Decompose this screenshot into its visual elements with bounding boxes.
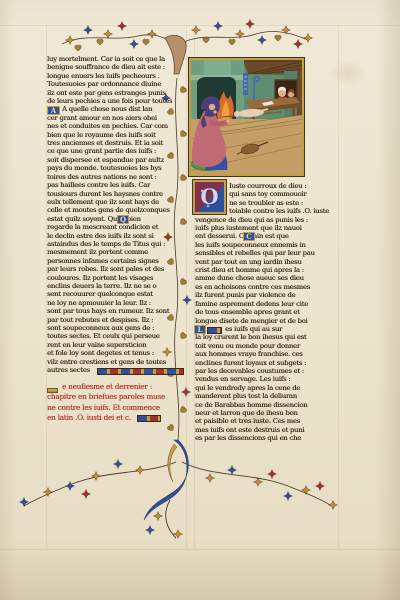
text-line: sent recouurer quelconque estat: [47, 290, 186, 298]
text-line: crist dieu et homme qui apres la :: [195, 266, 338, 274]
bottom-vine-flowers: [20, 460, 338, 539]
fireplace: [190, 58, 244, 128]
text-line: nes et conduites en pechies. Car com: [47, 122, 186, 130]
bottom-flourish-blue-leaf: [144, 440, 188, 520]
line-filler: [97, 368, 184, 375]
illuminated-initial-O: O: [193, 180, 226, 214]
text-line: luy mortelment. Car ia soit ce que la: [47, 55, 186, 63]
text-line: sont soupeconneux aux gens de :: [47, 324, 186, 332]
small-initial-Q: Q: [117, 215, 129, 224]
text-line: enclines furent loyaux et subgets :: [195, 359, 338, 367]
text-line: ent desserui. Certain est que: [195, 232, 338, 240]
ruling-line-top: [0, 25, 400, 26]
line-filler: [207, 327, 222, 334]
text-line: astaindus des le temps de Titus qui :: [47, 240, 186, 248]
text-line: ce que une grant partie des iuifs :: [47, 147, 186, 155]
text-line: bien que le royaume des iuifs soit: [47, 131, 186, 139]
text-line: ne loy ne apmouuier la leur. Ilz :: [47, 299, 186, 307]
manuscript-page: luy mortelment. Car ia soit ce que laben…: [0, 0, 400, 600]
text-line: toutes sectes. Et ceulx qui perseue: [47, 332, 186, 340]
ruling-line-bottom: [0, 549, 400, 550]
text-line: personnes infames certains signes: [47, 257, 186, 265]
parchment-stain: [330, 60, 366, 86]
text-line: ilz furent punis par violence de: [195, 291, 338, 299]
text-line: toit venu ou monde pour donner: [195, 342, 338, 350]
small-initial-C: C: [243, 232, 255, 241]
text-line: et paisible et tres iuste. Ces mes: [195, 417, 338, 425]
hand-at-face: [213, 110, 216, 113]
text-line: benigne souffrance de dieu ait este :: [47, 63, 186, 71]
text-line: es en achoisons contre ces mesmes: [195, 283, 338, 291]
text-line: couloures. Ilz portent les visages: [47, 274, 186, 282]
rubric-chapter-heading: e neufiesme et derrenier :chapitre en br…: [47, 382, 186, 424]
text-line: mes iuifs ont este destruis et puni: [195, 426, 338, 434]
text-line: Toutesuoies par ordonnance diuine: [47, 80, 186, 88]
text-line: amme dune chose aueuc ses dieu: [195, 274, 338, 282]
text-line: pays du monde. toutesuoies les hys: [47, 164, 186, 172]
text-line: pas haillees contre les iuifs. Car: [47, 181, 186, 189]
face: [209, 104, 215, 110]
line-filler: [137, 415, 161, 422]
text-line: ce de Barabbas homme dissencion: [195, 401, 338, 409]
text-line: A quelle chose nous dist lan: [47, 105, 186, 113]
text-line: toires des autres nations ne sont :: [47, 173, 186, 181]
text-line: aux hommes vraye franchise. ces: [195, 350, 338, 358]
text-line: par les decevables coustumes et :: [195, 367, 338, 375]
text-line: qui le vendredy apres la cene de: [195, 384, 338, 392]
text-line: es par les dissencions qui en che: [195, 434, 338, 442]
rubric-initial-mark: [47, 388, 58, 393]
text-line: famine asprement dedens leur cite: [195, 300, 338, 308]
hand-on-spit: [226, 119, 230, 123]
text-line: par tout rebutes et despises. Ilz :: [47, 316, 186, 324]
text-line: tres anciennes et destruis. Et ia soit: [47, 139, 186, 147]
text-line: chapitre en briefues paroles muse: [47, 392, 186, 402]
bottom-border-vine: [24, 462, 334, 538]
text-line: rent en leur vaine supersticion: [47, 341, 186, 349]
text-line: vilz entre crestiens et gens de toutes: [47, 358, 186, 366]
text-line: e neufiesme et derrenier :: [47, 382, 186, 392]
text-line: de tous ensemble apres grant et: [195, 308, 338, 316]
text-line: tousiours durent les haysnes contre: [47, 190, 186, 198]
text-line: cer grant amour en nos aiers obei: [47, 114, 186, 122]
small-initial-L: L: [194, 325, 206, 334]
text-line: en latin .O. iusti dei et c.: [47, 413, 186, 423]
text-line: par leurs robes. Ilz sont pales et des: [47, 265, 186, 273]
text-line: regarde la mescreant condicion et: [47, 223, 186, 231]
text-line: mesmement ilz portent comme: [47, 248, 186, 256]
text-line: longue disete de mengier et de boi: [195, 317, 338, 325]
text-line: eulx tellement que ilz sont hays de: [47, 198, 186, 206]
text-line: celle et moutes gens de quelzconques: [47, 206, 186, 214]
text-line: neur et larron que de ihesu bon: [195, 409, 338, 417]
text-line: et fole loy sont degetes et tenus :: [47, 349, 186, 357]
text-line: ne contre les iuifs. Et commence: [47, 403, 186, 413]
text-line: manderent plus tost la deliuran: [195, 392, 338, 400]
text-line: sont par tous hays en rumeur. Ilz sont: [47, 307, 186, 315]
text-line: les iuifs soupeconneux ennemis in: [195, 241, 338, 249]
text-line: la loy crurent le bon ihesus qui est: [195, 333, 338, 341]
top-border-vine: [62, 32, 308, 44]
text-column-right: Iuste courroux de dieu :qui sans toy com…: [195, 182, 338, 443]
text-line: ilz ont este par gens estranges punis: [47, 89, 186, 97]
text-line: le declin estre des iuifs ilz sont si: [47, 232, 186, 240]
ruling-line-col2-right: [338, 25, 339, 549]
bottom-flourish-gold-leaf: [168, 444, 177, 482]
text-line: enclins deuers la terre. Ilz ne se o: [47, 282, 186, 290]
text-line: soit dispersee et espandue par aultz: [47, 156, 186, 164]
text-line: longue enuers les iuifs pecheours .: [47, 72, 186, 80]
text-line: iuifs plus iustement que ilz nauoi: [195, 224, 338, 232]
text-line: vent par tout en ung iardin ihesu: [195, 258, 338, 266]
text-line: sensibles et rebelles qui par leur pau: [195, 249, 338, 257]
small-initial-A: A: [47, 106, 60, 115]
text-line: vengence de dieu qui as punis les :: [195, 216, 338, 224]
text-line: vendus en servage. Les iuifs :: [195, 375, 338, 383]
ruling-line-col1-right: [186, 25, 187, 549]
text-line: de leurs pechies a une fois pour toutes: [47, 97, 186, 105]
miniature-painting: [188, 57, 305, 177]
